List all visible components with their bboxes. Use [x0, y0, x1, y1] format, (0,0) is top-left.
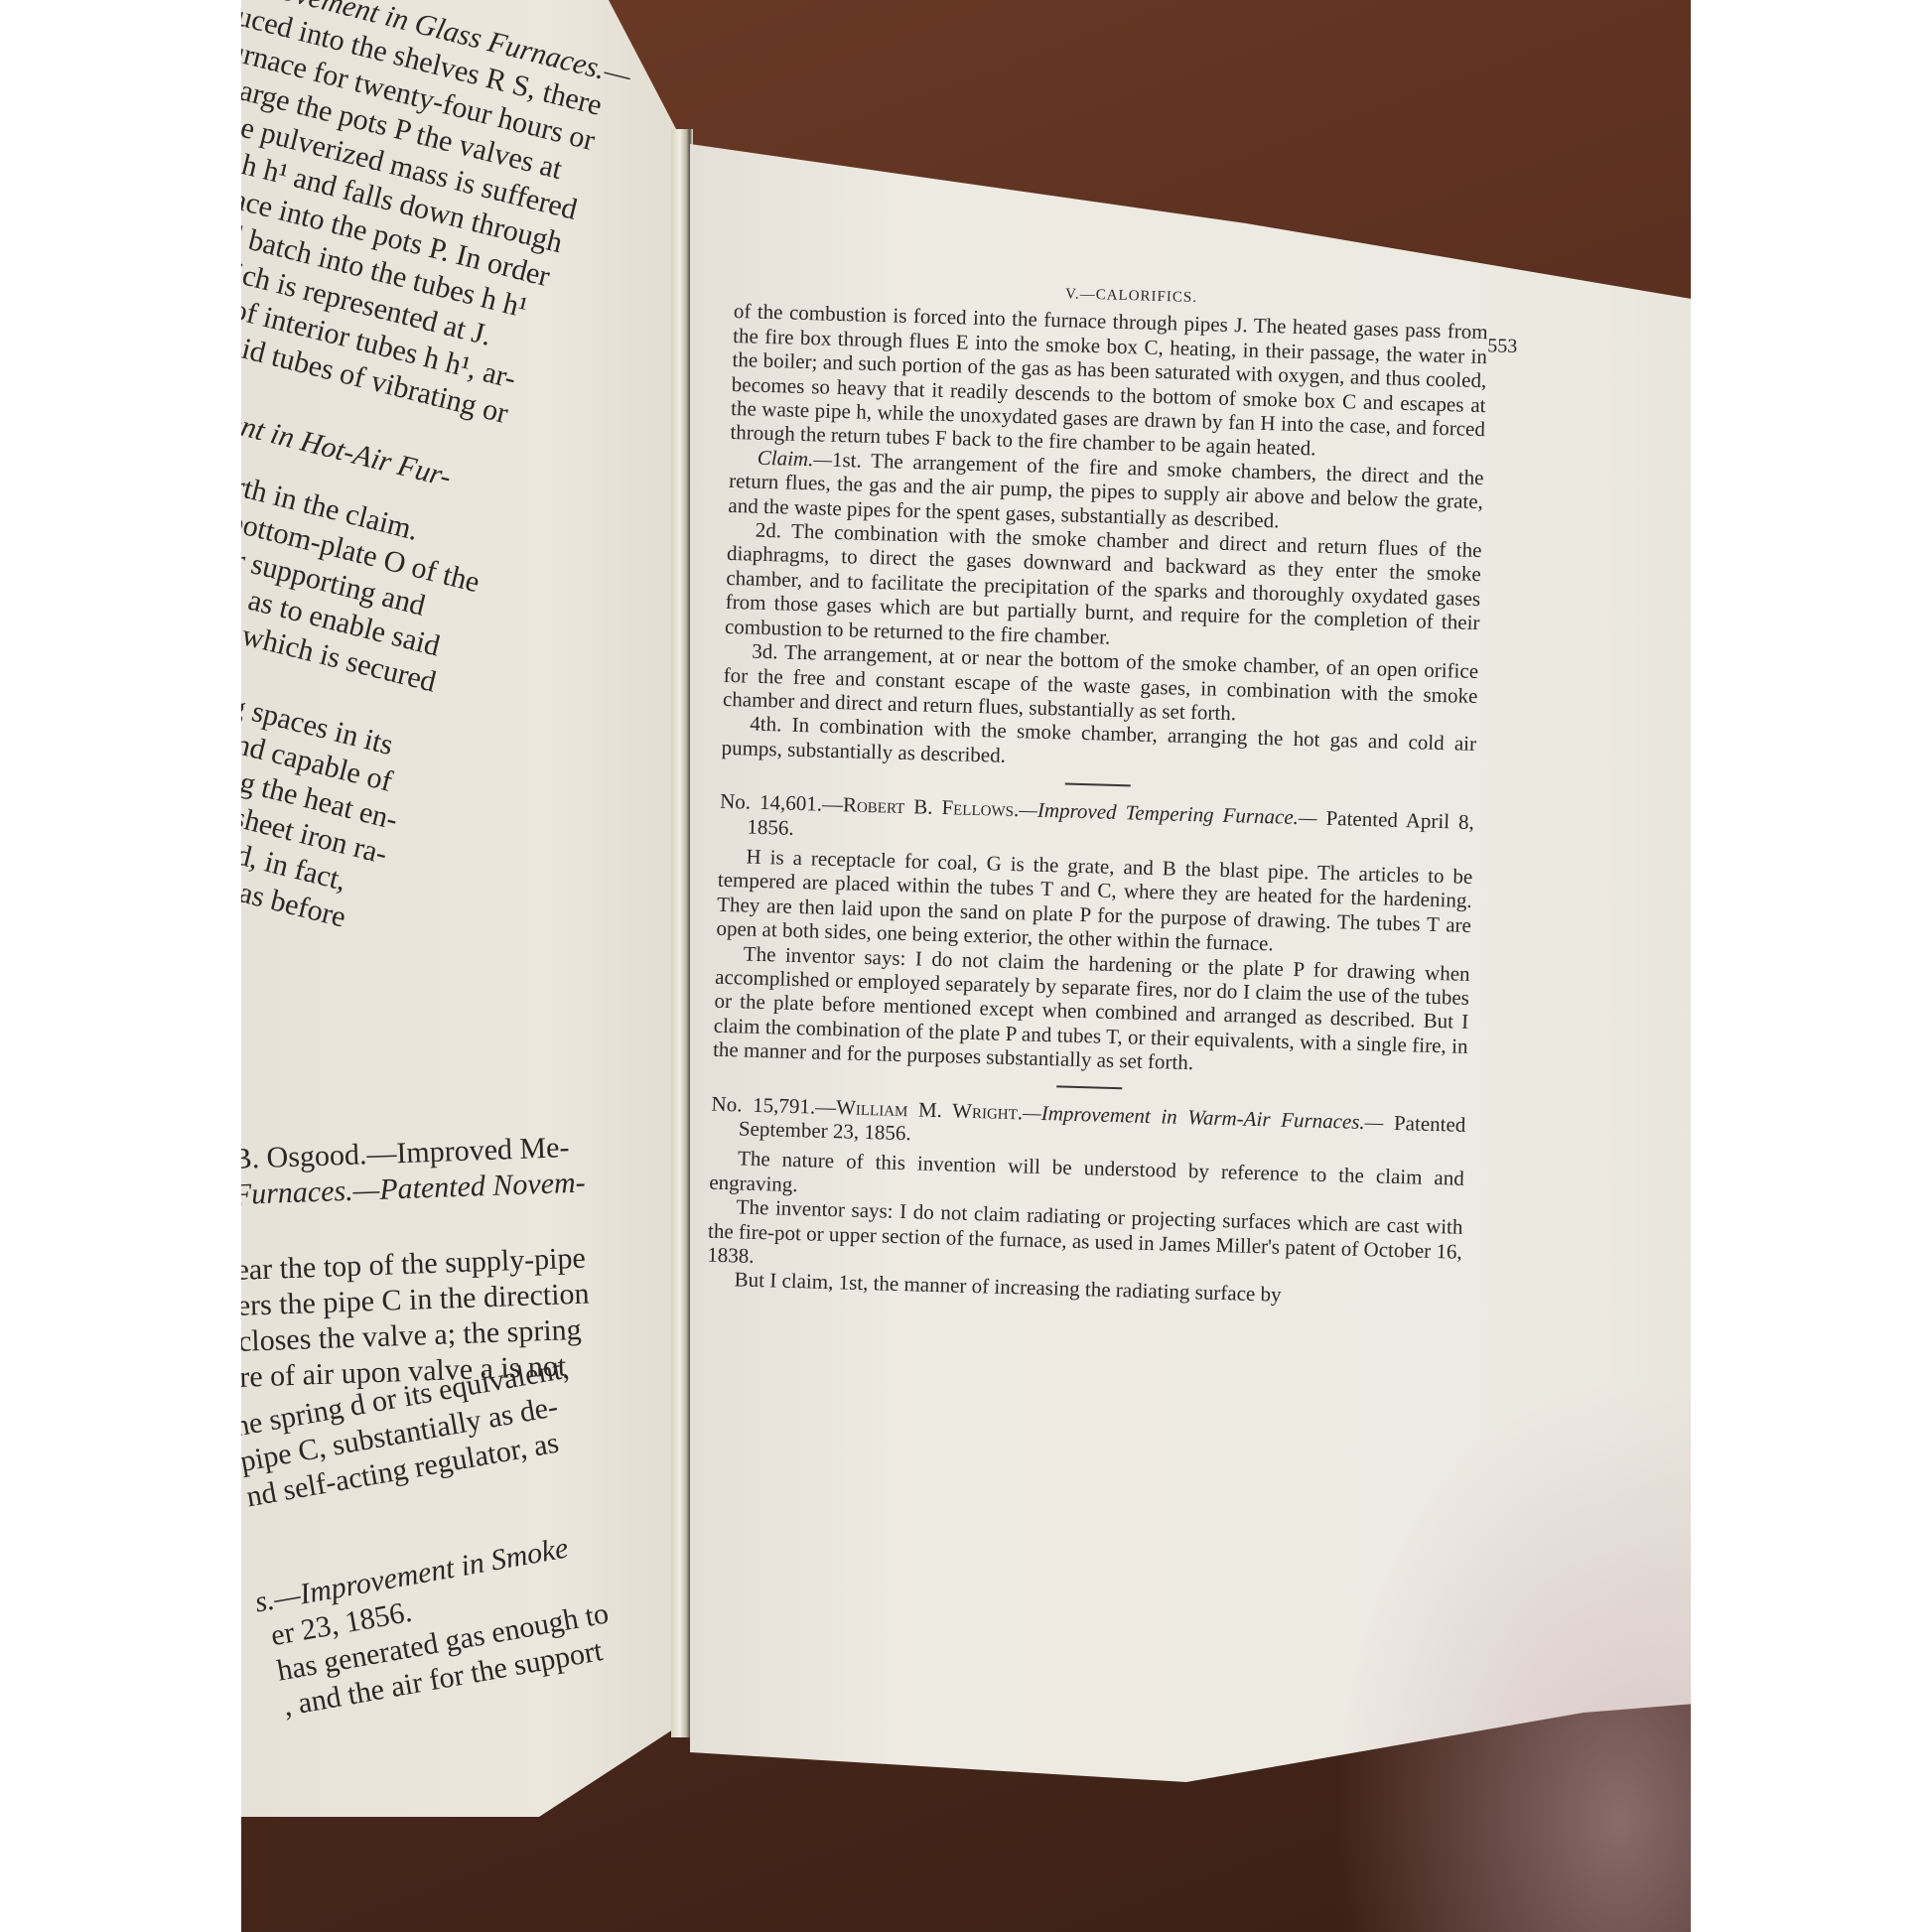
page-number: 553 — [1487, 334, 1518, 358]
section-divider — [1065, 783, 1131, 787]
left-page-text: Improvement in Glass Furnaces.— oduced i… — [241, 0, 723, 1024]
claim-label: Claim.— — [757, 446, 832, 472]
book-photo: Improvement in Glass Furnaces.— oduced i… — [241, 0, 1691, 1932]
left-page: Improvement in Glass Furnaces.— oduced i… — [241, 0, 676, 1817]
right-page-text: V.—CALORIFICS. 553 of the combustion is … — [706, 273, 1488, 1312]
inventor-name: Robert B. Fellows. — [843, 792, 1020, 821]
section-divider — [1056, 1085, 1122, 1089]
patent-number: No. 15,791.— — [711, 1091, 836, 1118]
continuation-paragraph: of the combustion is forced into the fur… — [730, 299, 1488, 466]
patent-title: —Improved Tempering Furnace.— — [1019, 797, 1317, 829]
patent-title: —Improvement in Warm-Air Furnaces.— — [1023, 1100, 1384, 1134]
patent-number: No. 14,601.— — [720, 789, 844, 816]
book-gutter — [671, 129, 693, 1737]
claim-2: 2d. The combination with the smoke chamb… — [725, 517, 1482, 659]
entry-paragraph: The inventor says: I do not claim the ha… — [713, 940, 1470, 1082]
